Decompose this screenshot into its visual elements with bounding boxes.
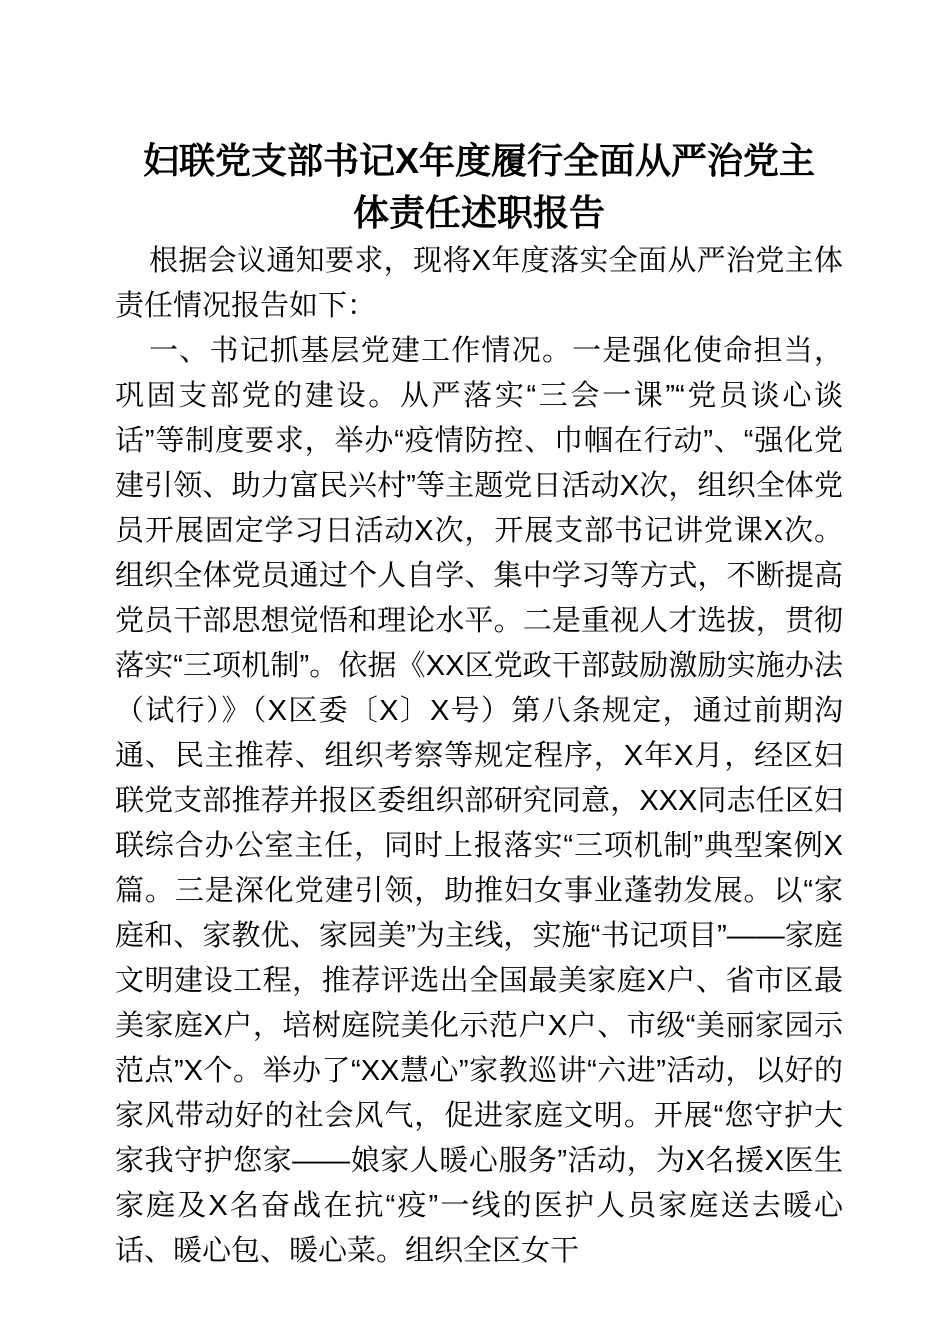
body-paragraph-intro: 根据会议通知要求，现将X年度落实全面从严治党主体责任情况报告如下： [115,239,843,329]
document-page: 妇联党支部书记X年度履行全面从严治党主体责任述职报告 根据会议通知要求，现将X年… [0,0,950,1344]
body-paragraph-section-1: 一、书记抓基层党建工作情况。一是强化使命担当，巩固支部党的建设。从严落实“三会一… [115,329,843,1274]
document-content: 妇联党支部书记X年度履行全面从严治党主体责任述职报告 根据会议通知要求，现将X年… [0,0,950,1274]
document-title: 妇联党支部书记X年度履行全面从严治党主体责任述职报告 [129,135,829,239]
